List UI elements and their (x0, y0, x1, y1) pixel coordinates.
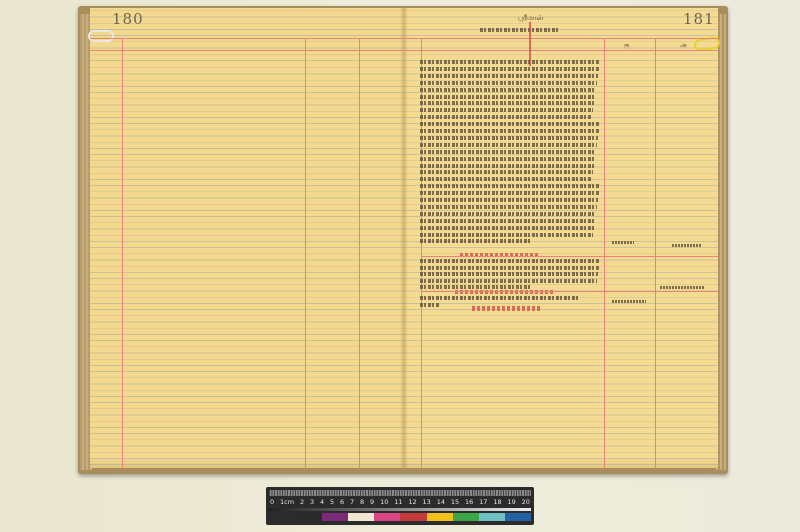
handwritten-line (420, 67, 599, 71)
handwritten-line (420, 285, 530, 289)
right-page-number: 181 (683, 10, 715, 28)
handwritten-line (420, 219, 595, 223)
handwritten-line (420, 233, 593, 237)
handwritten-line (420, 164, 594, 168)
ruler-tick-label: 8 (360, 498, 364, 507)
ruler-tick-label: 2 (300, 498, 304, 507)
handwritten-line (420, 177, 592, 181)
header-red-rule (90, 38, 718, 39)
amount-note (672, 244, 702, 247)
ruler-tick-scale (269, 490, 531, 496)
page-heading-title (480, 28, 560, 32)
color-patch (348, 513, 374, 521)
handwritten-line (420, 184, 600, 188)
marginal-note (612, 300, 646, 303)
color-patches (296, 513, 531, 521)
ruler-tick-label: 19 (507, 498, 515, 507)
color-patch (374, 513, 400, 521)
handwritten-line (420, 115, 592, 119)
handwritten-line (420, 303, 440, 307)
handwritten-line (420, 129, 599, 133)
ruler-tick-label: 7 (350, 498, 354, 507)
handwritten-line (420, 272, 598, 276)
color-patch (453, 513, 479, 521)
entry-separator-red-rule (421, 291, 718, 292)
color-patch (505, 513, 531, 521)
handwritten-line (420, 157, 595, 161)
ruler-tick-label: 16 (465, 498, 473, 507)
ruler-tick-label: 12 (408, 498, 416, 507)
handwritten-line (420, 239, 530, 243)
ruler-tick-label: 9 (370, 498, 374, 507)
handwritten-line (420, 81, 597, 85)
handwritten-line (420, 266, 599, 270)
ruler-tick-label: 5 (330, 498, 334, 507)
ruler-tick-label: 0 (270, 498, 274, 507)
amount-note (660, 286, 704, 289)
color-patch (400, 513, 426, 521)
ruler-tick-label: 1cm (280, 498, 294, 507)
handwritten-line (420, 212, 596, 216)
handwritten-line (420, 143, 597, 147)
handwritten-line (420, 101, 594, 105)
color-patch (322, 513, 348, 521)
handwritten-line (420, 170, 593, 174)
red-signature (472, 306, 540, 311)
ruler-tick-label: 6 (340, 498, 344, 507)
right-column-rule (655, 38, 656, 468)
color-calibration-ruler: 01cm234567891011121314151617181920 (266, 487, 534, 525)
ruler-tick-label: 4 (320, 498, 324, 507)
grayscale-strip (269, 508, 531, 511)
marginal-note (612, 241, 634, 244)
handwritten-line (420, 136, 598, 140)
color-patch (479, 513, 505, 521)
left-margin-rule (122, 38, 123, 468)
header-red-rule (90, 50, 718, 51)
handwritten-line (420, 150, 596, 154)
ruler-tick-labels: 01cm234567891011121314151617181920 (270, 498, 530, 507)
handwritten-line (420, 296, 580, 300)
color-patch (427, 513, 453, 521)
column-header-annas: அ (680, 42, 687, 50)
entry-separator-red-rule (421, 256, 718, 257)
handwritten-line (420, 122, 600, 126)
book-gutter (400, 8, 408, 468)
handwritten-line (420, 88, 596, 92)
handwritten-line (420, 198, 598, 202)
page-bottom-shadow (90, 458, 718, 468)
left-page-number: 180 (112, 10, 144, 28)
handwritten-line (420, 259, 600, 263)
ruler-tick-label: 15 (451, 498, 459, 507)
ruler-tick-label: 14 (437, 498, 445, 507)
left-page (90, 8, 404, 468)
column-header-rupees: ரூ (624, 42, 630, 50)
ruler-tick-label: 17 (479, 498, 487, 507)
left-column-rule (305, 38, 306, 468)
ruler-tick-label: 3 (310, 498, 314, 507)
handwritten-line (420, 205, 597, 209)
handwritten-line (420, 60, 600, 64)
handwritten-line (420, 226, 594, 230)
ruler-tick-label: 18 (493, 498, 501, 507)
ruler-tick-label: 20 (522, 498, 530, 507)
left-column-rule (359, 38, 360, 468)
right-column-rule (604, 38, 605, 468)
handwritten-line (420, 74, 598, 78)
ruler-tick-label: 11 (394, 498, 402, 507)
handwritten-line (420, 279, 597, 283)
handwritten-line (420, 95, 595, 99)
color-patch (296, 513, 322, 521)
paperclip-icon (88, 30, 114, 42)
handwritten-line (420, 108, 593, 112)
handwritten-line (420, 191, 599, 195)
ruler-tick-label: 10 (380, 498, 388, 507)
ruler-tick-label: 13 (423, 498, 431, 507)
